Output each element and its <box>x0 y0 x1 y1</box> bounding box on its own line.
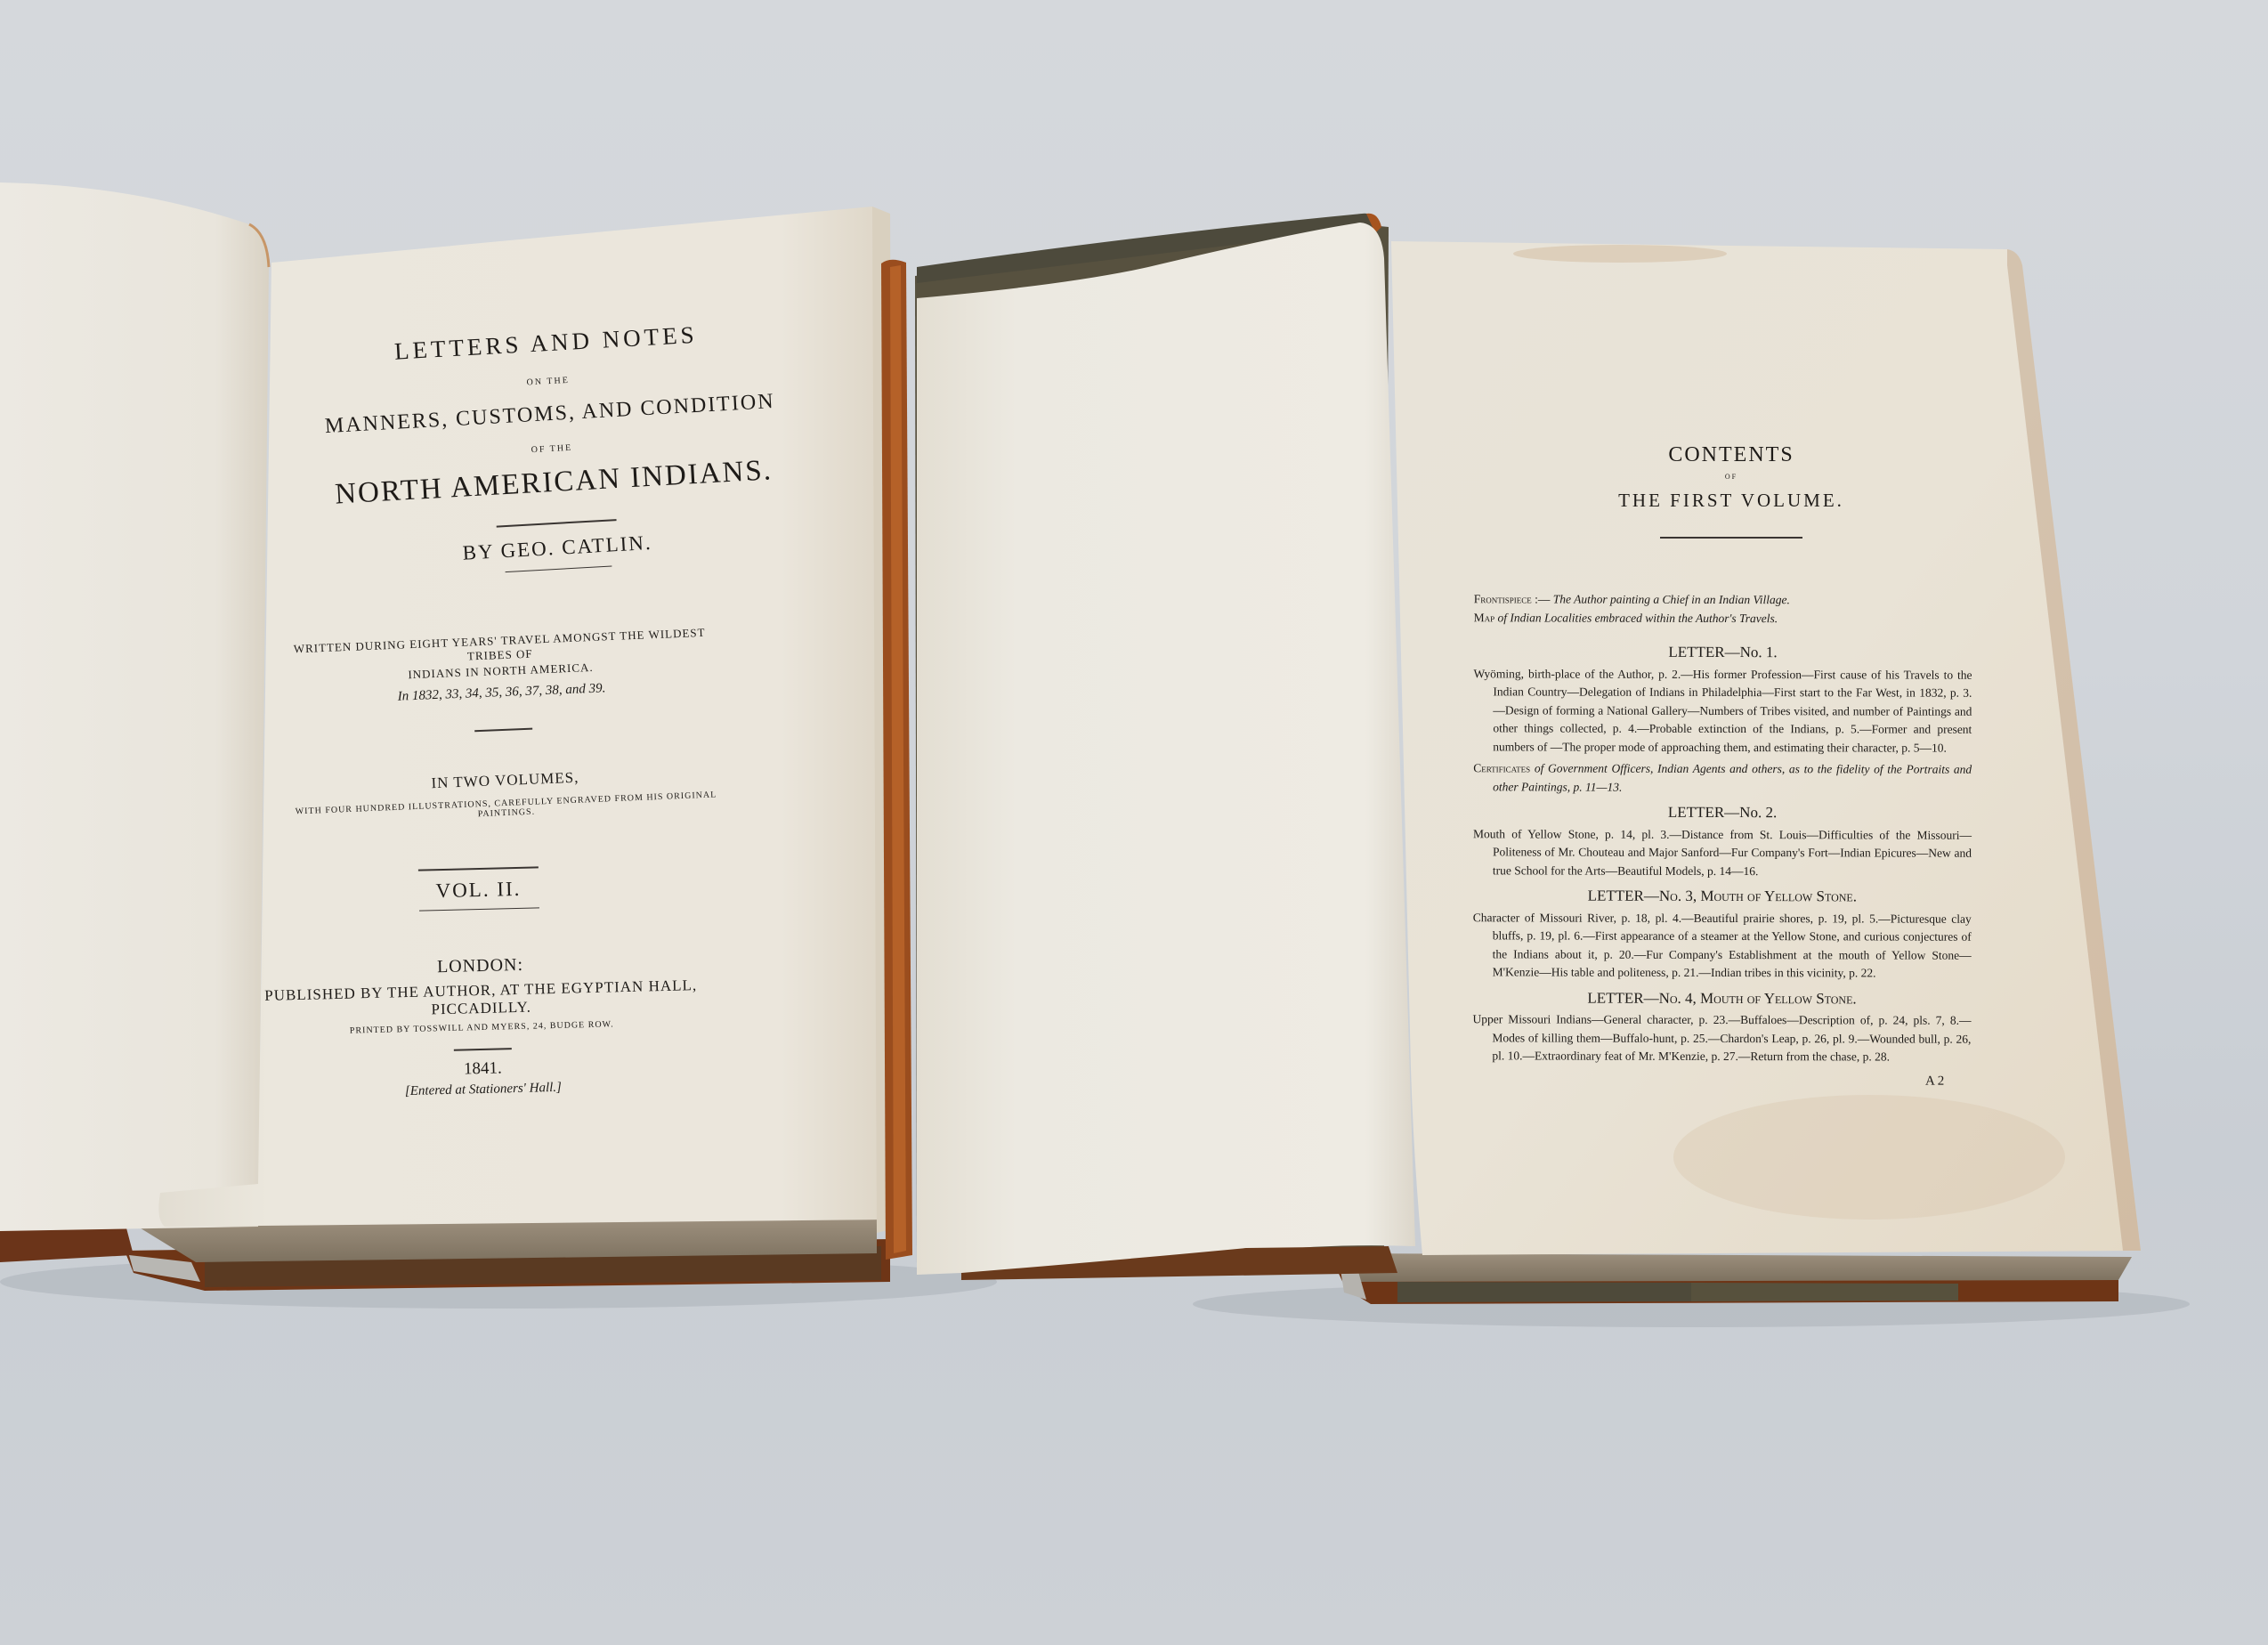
certificates-label: Certificates <box>1473 761 1530 774</box>
left-book-verso-page <box>0 182 269 1231</box>
map-text: of Indian Localities embraced within the… <box>1498 611 1778 625</box>
right-book-flyleaf <box>917 223 1415 1276</box>
contents-of: OF <box>1562 473 1900 481</box>
title-page-subtitle: WRITTEN DURING EIGHT YEARS' TRAVEL AMONG… <box>281 625 725 826</box>
letter-4-heading: LETTER—No. 4, Mouth of Yellow Stone. <box>1473 989 1972 1009</box>
frontispiece-label: Frontispiece :— <box>1474 592 1551 605</box>
letter-2-text: Mouth of Yellow Stone, p. 14, pl. 3.—Dis… <box>1473 825 1972 881</box>
letter-3-heading: LETTER—No. 3, Mouth of Yellow Stone. <box>1473 887 1972 906</box>
letter-1-heading: LETTER—No. 1. <box>1474 643 1972 662</box>
letter-2-heading: LETTER—No. 2. <box>1473 803 1972 822</box>
certificates-text: of Government Officers, Indian Agents an… <box>1493 761 1972 793</box>
contents-header: CONTENTS OF THE FIRST VOLUME. <box>1562 443 1900 539</box>
title-publisher: PUBLISHED BY THE AUTHOR, AT THE EGYPTIAN… <box>231 976 731 1024</box>
contents-body: Frontispiece :— The Author painting a Ch… <box>1472 590 1972 1090</box>
letter-4-text: Upper Missouri Indians—General character… <box>1472 1010 1971 1066</box>
certificates-line: Certificates of Government Officers, Ind… <box>1473 759 1972 797</box>
title-volume-label: VOL. II. <box>229 872 727 908</box>
title-page-imprint: VOL. II. LONDON: PUBLISHED BY THE AUTHOR… <box>229 862 733 1103</box>
letter-1-text: Wyöming, birth-place of the Author, p. 2… <box>1473 665 1972 758</box>
map-label: Map <box>1474 611 1495 624</box>
map-line: Map of Indian Localities embraced within… <box>1474 609 1972 628</box>
contents-subtitle: THE FIRST VOLUME. <box>1562 490 1900 512</box>
right-book-page-block <box>1344 1253 2132 1282</box>
title-page-text: LETTERS AND NOTES ON THE MANNERS, CUSTOM… <box>279 314 825 584</box>
contents-title: CONTENTS <box>1562 443 1900 467</box>
frontispiece-line: Frontispiece :— The Author painting a Ch… <box>1474 590 1972 610</box>
letter-3-text: Character of Missouri River, p. 18, pl. … <box>1473 909 1972 983</box>
frontispiece-text: The Author painting a Chief in an Indian… <box>1553 593 1790 607</box>
page-signature: A 2 <box>1472 1071 1971 1090</box>
